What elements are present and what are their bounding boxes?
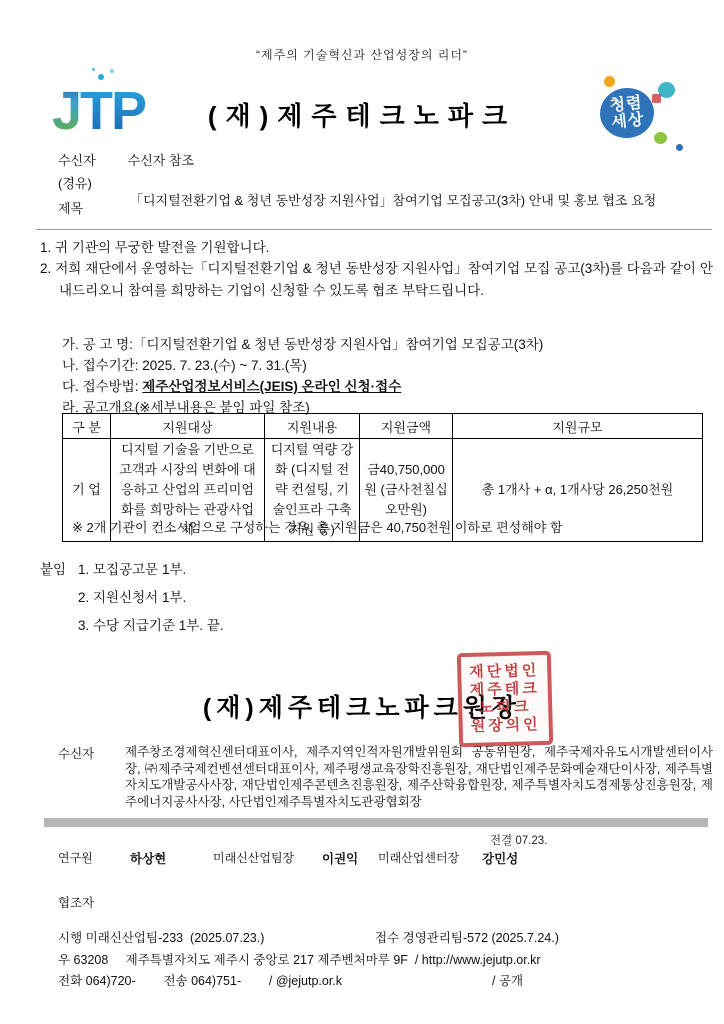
address-info: 우 63208 제주특별자치도 제주시 중앙로 217 제주벤처마루 9F / … — [58, 950, 541, 968]
item-da-prefix: 접수방법: — [83, 379, 143, 394]
logo-splash-dot — [110, 69, 114, 73]
phone-info: 전화 064)720- 전송 064)751- / @jejutp.or.k — [58, 971, 342, 989]
receipt-info: 접수 경영관리팀-572 (2025.7.24.) — [375, 928, 559, 946]
header-divider — [36, 229, 712, 230]
org-slogan: “제주의 기술혁신과 산업성장의 리더” — [0, 46, 724, 63]
recipient-value: 수신자 참조 — [128, 153, 194, 168]
attachment-item: 1. 모집공고문 1부. — [78, 556, 224, 584]
approval-line: 연구원 하상현 미래신산업팀장 이권익 미래산업센터장 강민성 — [0, 849, 724, 865]
announcement-items: 가. 공 고 명:「디지털전환기업 & 청년 동반성장 지원사업」참여기업 모집… — [62, 334, 543, 418]
signature-title: (재)제주테크노파크원장 — [0, 688, 724, 724]
col-header-amount: 지원금액 — [360, 414, 453, 439]
subject-value: 「디지털전환기업 & 청년 동반성장 지원사업」참여기업 모집공고(3차) 안내… — [130, 191, 696, 210]
item-da-emphasis: 제주산업정보서비스(JEIS) 온라인 신청·접수 — [142, 379, 401, 394]
item-da: 다. 접수방법: 제주산업정보서비스(JEIS) 온라인 신청·접수 — [62, 376, 543, 397]
attachments-label: 붙임 — [40, 556, 66, 584]
badge-dot-green — [654, 132, 667, 144]
col-header-target: 지원대상 — [111, 414, 265, 439]
col-header-category: 구 분 — [63, 414, 111, 439]
col-header-content: 지원내용 — [265, 414, 360, 439]
item-ga-text: 공 고 명:「디지털전환기업 & 청년 동반성장 지원사업」참여기업 모집공고(… — [83, 337, 544, 352]
item-na-label: 나. — [62, 358, 79, 373]
seal-line: 제주테크 — [470, 680, 540, 700]
item-ga-label: 가. — [62, 337, 79, 352]
approver-role: 연구원 — [58, 849, 93, 866]
item-na-text: 접수기간: 2025. 7. 23.(수) ~ 7. 31.(목) — [83, 358, 307, 373]
badge-dot-blue — [676, 144, 683, 151]
item-da-label: 다. — [62, 379, 79, 394]
cooperator-label: 협조자 — [58, 893, 94, 911]
table-header-row: 구 분 지원대상 지원내용 지원금액 지원규모 — [63, 414, 703, 439]
disclosure-info: / 공개 — [492, 971, 523, 989]
seal-line: 원장의인 — [470, 716, 540, 736]
body-paragraph-2: 2. 저희 재단에서 운영하는「디지털전환기업 & 청년 동반성장 지원사업」참… — [40, 258, 713, 301]
approver-name: 강민성 — [482, 849, 518, 867]
seal-line: 노파크 — [479, 698, 532, 717]
seal-line: 재단법인 — [469, 662, 539, 682]
logo-splash-dot — [98, 74, 104, 80]
col-header-scale: 지원규모 — [453, 414, 703, 439]
section-divider-bar — [44, 818, 708, 827]
recipient-label: 수신자 — [58, 153, 96, 168]
item-ga: 가. 공 고 명:「디지털전환기업 & 청년 동반성장 지원사업」참여기업 모집… — [62, 334, 543, 355]
approver-name: 하상현 — [130, 849, 166, 867]
approver-name: 이권익 — [322, 849, 358, 867]
body-paragraph-1: 1. 귀 기관의 무궁한 발전을 기원합니다. — [40, 236, 269, 256]
attachment-item: 3. 수당 지급기준 1부. 끝. — [78, 612, 224, 640]
integrity-badge-icon: 청렴 세상 — [596, 76, 706, 168]
recipients-list: 제주창조경제혁신센터대표이사, 제주지역인적자원개발위원회 공동위원장, 제주국… — [125, 744, 713, 810]
delegated-approval-note: 전결 07.23. — [490, 832, 547, 848]
badge-text-line2: 세상 — [611, 111, 646, 131]
subject-label: 제목 — [58, 198, 83, 217]
badge-stamp-mark — [652, 94, 661, 103]
table-note: ※ 2개 기관이 컨소시엄으로 구성하는 경우, 총 지원금은 40,750천원… — [72, 517, 563, 536]
via-label: (경유) — [58, 173, 92, 192]
item-na: 나. 접수기간: 2025. 7. 23.(수) ~ 7. 31.(목) — [62, 355, 543, 376]
recipients-label: 수신자 — [58, 744, 94, 762]
approver-role: 미래산업센터장 — [378, 849, 459, 866]
badge-dot-orange — [604, 76, 615, 87]
badge-circle: 청렴 세상 — [598, 85, 657, 140]
attachment-item: 2. 지원신청서 1부. — [78, 584, 224, 612]
official-document-page: “제주의 기술혁신과 산업성장의 리더” JTP (재)제주테크노파크 청렴 세… — [0, 0, 724, 1024]
execution-info: 시행 미래신산업팀-233 (2025.07.23.) — [58, 928, 264, 946]
attachments-block: 붙임 1. 모집공고문 1부. 2. 지원신청서 1부. 3. 수당 지급기준 … — [40, 556, 224, 640]
recipient-row: 수신자수신자 참조 — [58, 150, 194, 169]
approver-role: 미래신산업팀장 — [213, 849, 294, 866]
logo-splash-dot — [92, 68, 95, 71]
official-seal-icon: 재단법인 제주테크 노파크 원장의인 — [457, 651, 553, 747]
